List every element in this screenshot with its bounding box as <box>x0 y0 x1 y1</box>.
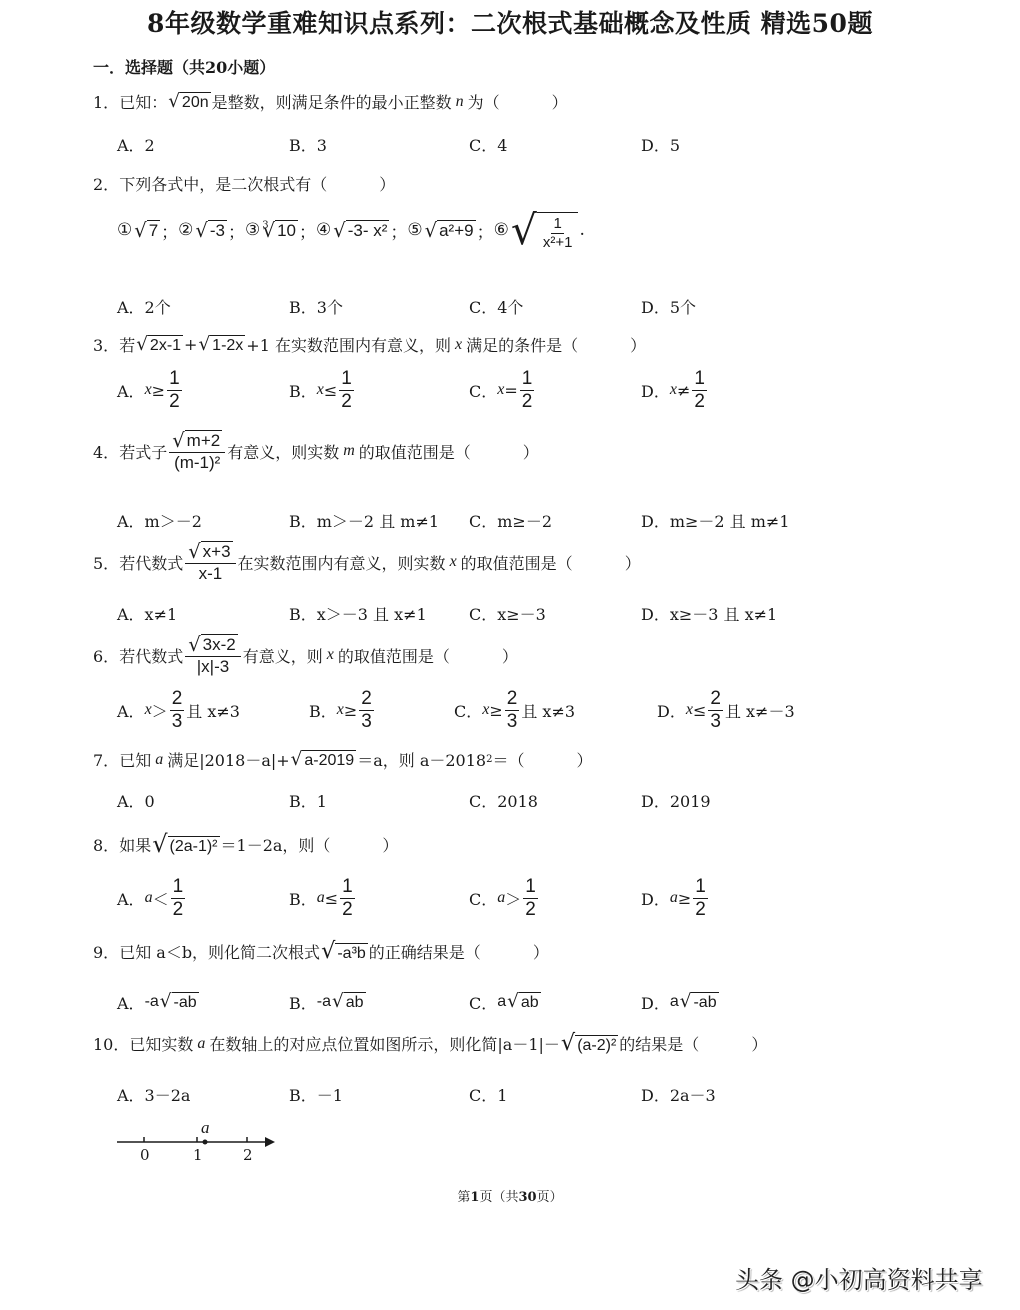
option-a[interactable]: A．m＞－2 <box>117 500 202 540</box>
option-c[interactable]: C．a√ab <box>469 982 542 1022</box>
option-c[interactable]: C．2018 <box>469 780 538 820</box>
option-c[interactable]: C．4 <box>469 124 507 164</box>
option-d[interactable]: D．2a－3 <box>641 1074 716 1114</box>
options-q7: A．0 B．1 C．2018 D．2019 <box>117 780 877 820</box>
option-b[interactable]: B．x≥23 <box>309 690 376 730</box>
option-b[interactable]: B．x＞－3 且 x≠1 <box>289 593 427 633</box>
option-b[interactable]: B．x≤12 <box>289 370 356 410</box>
question-5: 5．若代数式 √x+3x-1 在实数范围内有意义，则实数x的取值范围是（） <box>93 541 641 583</box>
option-b[interactable]: B．1 <box>289 780 327 820</box>
option-d[interactable]: D．5个 <box>641 286 696 326</box>
option-d[interactable]: D．x≥－3 且 x≠1 <box>641 593 777 633</box>
option-a[interactable]: A．x＞23且 x≠3 <box>117 690 240 730</box>
question-8: 8．如果 √(2a-1)² ＝1－2a，则（） <box>93 832 398 856</box>
option-d[interactable]: D．m≥－2 且 m≠1 <box>641 500 790 540</box>
option-d[interactable]: D．x≠12 <box>641 370 709 410</box>
options-q4: A．m＞－2 B．m＞－2 且 m≠1 C．m≥－2 D．m≥－2 且 m≠1 <box>117 500 877 540</box>
option-d[interactable]: D．2019 <box>641 780 711 820</box>
option-a[interactable]: A．3－2a <box>117 1074 190 1114</box>
option-d[interactable]: D．5 <box>641 124 680 164</box>
radical-list: ①√7； ②√-3； ③3√10； ④√-3- x²； ⑤√a²+9； ⑥ √1… <box>117 210 585 251</box>
number-line-figure: 0 1 2 a <box>115 1118 285 1168</box>
option-b[interactable]: B．-a√ab <box>289 982 367 1022</box>
options-q2: A．2个 B．3个 C．4个 D．5个 <box>117 286 877 326</box>
option-c[interactable]: C．x≥23且 x≠3 <box>454 690 575 730</box>
option-b[interactable]: B．3个 <box>289 286 343 326</box>
option-a[interactable]: A．a＜12 <box>117 878 187 918</box>
section-heading: 一．选择题（共20小题） <box>93 55 275 78</box>
tick-label-2: 2 <box>243 1146 253 1164</box>
options-q9: A．-a√-ab B．-a√ab C．a√ab D．a√-ab <box>117 982 877 1022</box>
option-b[interactable]: B．3 <box>289 124 327 164</box>
option-a[interactable]: A．2 <box>117 124 155 164</box>
option-c[interactable]: C．x=12 <box>469 370 536 410</box>
option-a[interactable]: A．0 <box>117 780 155 820</box>
document-title: 8年级数学重难知识点系列：二次根式基础概念及性质 精选50题 <box>0 4 1020 40</box>
option-b[interactable]: B．m＞－2 且 m≠1 <box>289 500 439 540</box>
options-q3: A．x≥12 B．x≤12 C．x=12 D．x≠12 <box>117 370 877 410</box>
question-2: 2．下列各式中，是二次根式有（） <box>93 172 395 195</box>
option-a[interactable]: A．-a√-ab <box>117 982 200 1022</box>
option-b[interactable]: B．a≤12 <box>289 878 357 918</box>
option-c[interactable]: C．m≥－2 <box>469 500 552 540</box>
option-c[interactable]: C．1 <box>469 1074 507 1114</box>
page-footer: 第1页（共30页） <box>0 1186 1020 1205</box>
option-d[interactable]: D．a≥12 <box>641 878 710 918</box>
options-q8: A．a＜12 B．a≤12 C．a＞12 D．a≥12 <box>117 878 877 918</box>
option-a[interactable]: A．2个 <box>117 286 171 326</box>
option-a[interactable]: A．x≥12 <box>117 370 184 410</box>
watermark: 头条 @小初高资料共享 <box>735 1260 983 1295</box>
option-a[interactable]: A．x≠1 <box>117 593 177 633</box>
question-10: 10．已知实数 a在数轴上的对应点位置如图所示，则化简|a－1|－ √(a-2)… <box>93 1032 767 1055</box>
option-c[interactable]: C．a＞12 <box>469 878 540 918</box>
question-3: 3．若 √2x-1+ √1-2x +1 在实数范围内有意义，则x满足的条件是（） <box>93 333 646 356</box>
question-1: 1． 已知： √20n 是整数，则满足条件的最小正整数 n 为（） <box>93 90 568 113</box>
options-q5: A．x≠1 B．x＞－3 且 x≠1 C．x≥－3 D．x≥－3 且 x≠1 <box>117 593 877 633</box>
tick-label-0: 0 <box>140 1146 150 1164</box>
tick-label-1: 1 <box>193 1146 203 1164</box>
question-6: 6．若代数式 √3x-2|x|-3 有意义，则x的取值范围是（） <box>93 634 518 676</box>
sqrt-expression: √20n <box>168 92 210 112</box>
option-d[interactable]: D．x≤23且 x≠－3 <box>657 690 795 730</box>
options-q10: A．3－2a B．－1 C．1 D．2a－3 <box>117 1074 877 1114</box>
option-b[interactable]: B．－1 <box>289 1074 343 1114</box>
options-q1: A．2 B．3 C．4 D．5 <box>117 124 877 164</box>
option-c[interactable]: C．4个 <box>469 286 523 326</box>
point-label-a: a <box>201 1118 210 1138</box>
question-9: 9．已知 a＜b，则化简二次根式 √-a³b 的正确结果是（） <box>93 940 549 963</box>
question-4: 4．若式子 √m+2(m-1)² 有意义，则实数m的取值范围是（） <box>93 430 539 472</box>
options-q6: A．x＞23且 x≠3 B．x≥23 C．x≥23且 x≠3 D．x≤23且 x… <box>117 690 877 730</box>
option-c[interactable]: C．x≥－3 <box>469 593 546 633</box>
question-7: 7．已知 a满足|2018－a|+ √a-2019 ＝a，则 a－20182＝（… <box>93 748 593 771</box>
option-d[interactable]: D．a√-ab <box>641 982 720 1022</box>
